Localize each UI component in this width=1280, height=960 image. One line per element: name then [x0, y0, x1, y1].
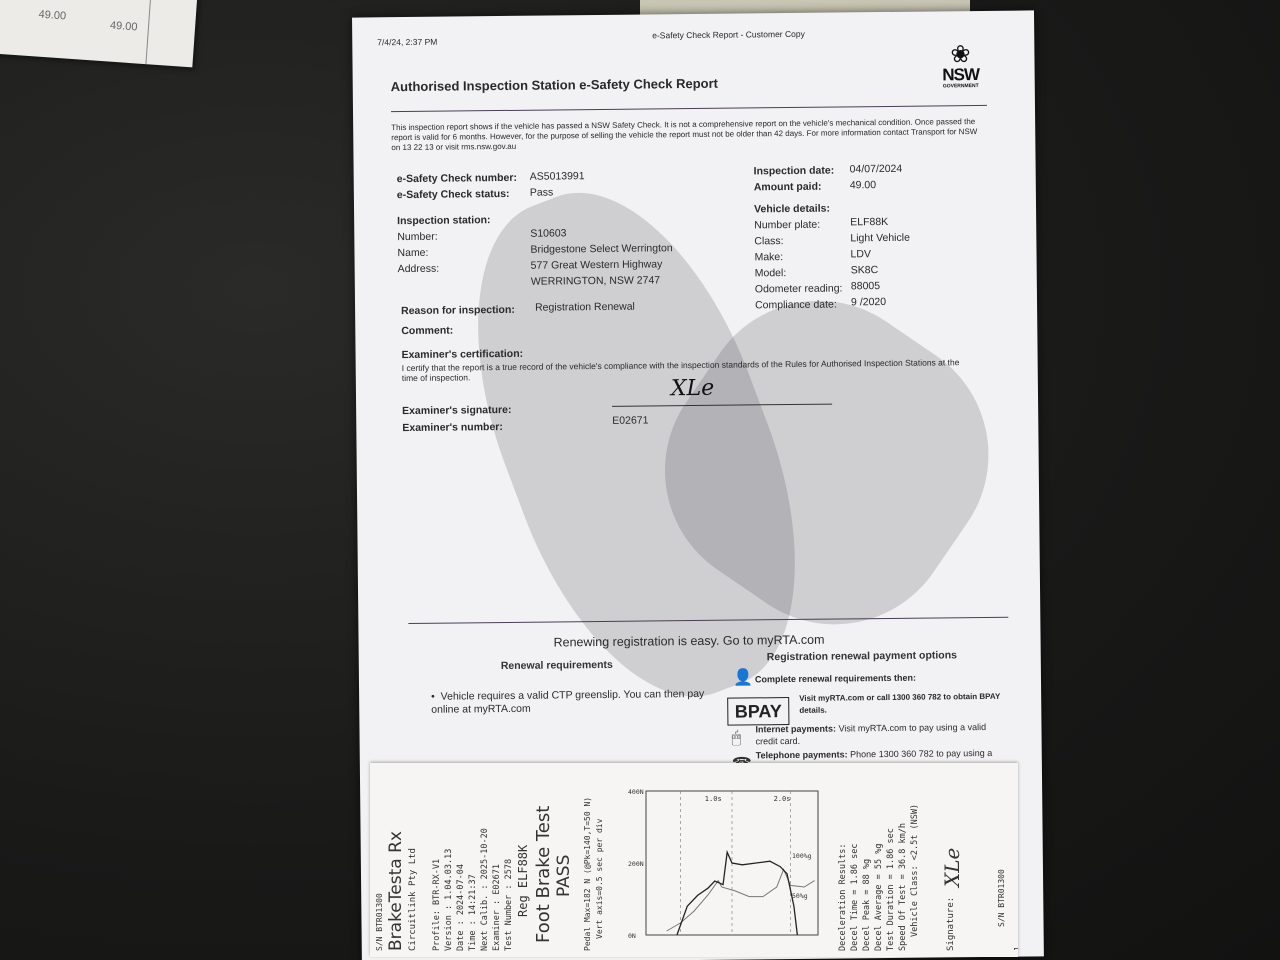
receipt-row: Version : 1.04.03.13	[444, 849, 454, 951]
axis-info: Vert axis=0.5 sec per div	[595, 819, 604, 939]
svg-text:0N: 0N	[628, 932, 636, 940]
serial-number: S/N BTR01300	[997, 869, 1006, 927]
vehicle-class: Light Vehicle	[850, 232, 910, 245]
svg-text:200N: 200N	[628, 860, 644, 868]
label: Examiner's number:	[402, 421, 503, 434]
copy-label: e-Safety Check Report - Customer Copy	[652, 29, 805, 41]
pedal-info: Pedal Max=182 N (@Pk=140,T=50 N)	[583, 797, 592, 951]
label: Number:	[397, 231, 437, 243]
receipt-row: Test Number : 2578	[504, 859, 514, 951]
receipt-amount: 49.00	[110, 20, 138, 34]
svg-text:2.0s: 2.0s	[774, 795, 791, 803]
label: Address:	[398, 263, 440, 275]
svg-text:100%g: 100%g	[792, 852, 812, 860]
label: Make:	[754, 251, 783, 263]
decel-row: Speed Of Test = 36.8 km/h	[898, 823, 908, 951]
label: e-Safety Check status:	[397, 188, 510, 201]
vehicle-model: SK8C	[851, 264, 879, 276]
bpay-text: Visit myRTA.com or call 1300 360 782 to …	[799, 691, 1009, 717]
receipt-row: Next Calib. : 2025-10-20	[480, 828, 490, 951]
hand-shadow	[618, 254, 1035, 671]
label: Compliance date:	[755, 299, 837, 312]
signature-line	[612, 404, 832, 407]
section-heading: Renewal requirements	[501, 659, 613, 672]
bpay-logo: BPAY	[727, 697, 789, 726]
label: Name:	[397, 247, 428, 259]
receipt-row: Examiner : E02671	[492, 864, 502, 951]
section-heading: Registration renewal payment options	[767, 649, 957, 663]
label: Odometer reading:	[755, 282, 843, 295]
label: Inspection date:	[754, 165, 835, 178]
serial-number: S/N BTR01300	[375, 893, 384, 951]
station-name: Bridgestone Select Werrington	[530, 242, 672, 255]
decel-row: Decel Peak = 88 %g	[862, 859, 872, 951]
examiner-number: E02671	[612, 414, 648, 426]
number-plate: ELF88K	[850, 216, 888, 228]
svg-text:1.0s: 1.0s	[705, 795, 722, 803]
receipt-row: Time : 14:21:37	[468, 874, 478, 951]
intro-text: This inspection report shows if the vehi…	[391, 117, 983, 153]
divider	[391, 105, 987, 112]
section-heading: Vehicle details:	[754, 203, 830, 216]
label: Model:	[755, 267, 787, 279]
inspection-reason: Registration Renewal	[535, 301, 635, 314]
requirement-item: • Vehicle requires a valid CTP greenslip…	[431, 688, 721, 717]
complete-text: Complete renewal requirements then:	[755, 672, 916, 686]
waratah-flower-icon: ❀	[935, 43, 985, 68]
label: Class:	[754, 235, 783, 247]
odometer-reading: 88005	[851, 280, 880, 292]
brake-test-chart: 1.0s2.0s0N200N400N50%g100%g	[628, 783, 824, 943]
label: Number plate:	[754, 219, 820, 232]
mouse-icon: 🖱	[731, 730, 741, 748]
nsw-government-logo: ❀ NSW GOVERNMENT	[935, 43, 985, 90]
status-badge: Pass	[530, 186, 553, 198]
page-title: Authorised Inspection Station e-Safety C…	[391, 76, 718, 94]
label: Comment:	[401, 325, 453, 338]
brake-test-receipt: S/N BTR01300 BrakeTesta Rx Circuitlink P…	[370, 763, 1018, 957]
examiner-signature: XLe	[671, 376, 715, 401]
section-heading: Examiner's certification:	[401, 348, 523, 361]
check-number: AS5013991	[530, 170, 585, 183]
station-address: 577 Great Western Highway	[531, 258, 663, 271]
internet-payment: Internet payments: Visit myRTA.com to pa…	[755, 721, 1005, 748]
label: Examiner's signature:	[402, 404, 511, 417]
decel-row: Test Duration = 1.86 sec	[886, 828, 896, 951]
compliance-date: 9 /2020	[851, 296, 886, 308]
label: Signature:	[946, 897, 956, 951]
decel-row: Vehicle Class: <2.5t (NSW)	[910, 804, 920, 937]
label: Reason for inspection:	[401, 304, 515, 317]
receipt-row: Date : 2024-07-04	[456, 864, 466, 951]
profile: Profile: BTR-RX-V1	[432, 859, 442, 951]
section-heading: Inspection station:	[397, 214, 490, 227]
printed-timestamp: 7/4/24, 2:37 PM	[377, 37, 437, 48]
svg-text:400N: 400N	[628, 788, 644, 796]
svg-text:50%g: 50%g	[792, 892, 808, 900]
label: Amount paid:	[754, 181, 822, 194]
divider	[145, 0, 151, 64]
page-mark: 1	[1013, 946, 1018, 951]
divider	[408, 617, 1008, 624]
section-heading: Deceleration Results:	[838, 844, 848, 951]
test-name: Foot Brake Test	[533, 806, 554, 943]
company-name: Circuitlink Pty Ltd	[408, 848, 418, 951]
station-address: WERRINGTON, NSW 2747	[531, 274, 660, 287]
receipt-amount: 49.00	[38, 9, 66, 23]
station-number: S10603	[530, 227, 566, 239]
tester-signature: XLe	[940, 848, 964, 887]
decel-row: Decel Time = 1.86 sec	[850, 844, 860, 951]
product-name: BrakeTesta Rx	[386, 831, 406, 951]
test-result: PASS	[554, 855, 574, 897]
amount-paid: 49.00	[850, 179, 876, 191]
person-icon: 👤	[733, 667, 753, 687]
vehicle-make: LDV	[850, 248, 871, 260]
decel-row: Decel Average = 55 %g	[874, 844, 884, 951]
inspection-date: 04/07/2024	[850, 163, 903, 176]
registration: Reg ELF88K	[516, 845, 530, 917]
renewal-heading: Renewing registration is easy. Go to myR…	[554, 633, 825, 650]
label: e-Safety Check number:	[397, 172, 517, 185]
